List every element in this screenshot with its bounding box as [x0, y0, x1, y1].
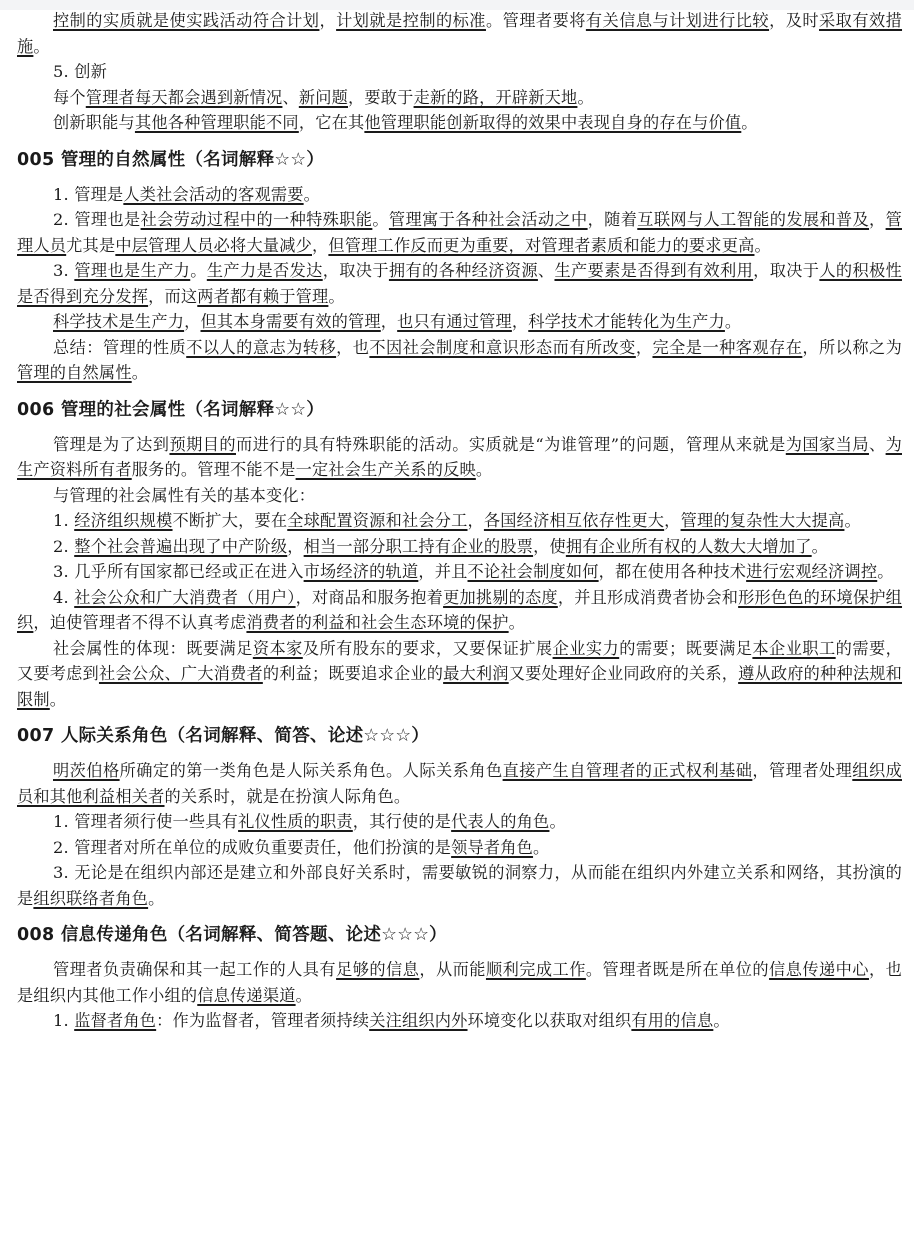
text-run: ，管理者处理	[752, 761, 852, 780]
paragraph: 4. 社会公众和广大消费者（用户），对商品和服务抱着更加挑剔的态度，并且形成消费…	[17, 585, 902, 636]
text-run: 。	[877, 562, 893, 581]
text-run: 。管理者要将	[486, 11, 586, 30]
underlined-key-phrase: 不以人的意志为转移	[186, 338, 336, 357]
text-run: 。	[741, 113, 757, 132]
underlined-key-phrase: 互联网与人工智能的发展和普及	[637, 210, 869, 229]
text-run: 。	[33, 37, 49, 56]
underlined-key-phrase: 有关信息与计划进行比较	[586, 11, 769, 30]
underlined-key-phrase: 领导者角色	[451, 838, 533, 857]
underlined-key-phrase: 关注组织内外	[369, 1011, 467, 1030]
text-run: ，	[664, 511, 680, 530]
text-run: ，	[319, 11, 336, 30]
underlined-key-phrase: 社会劳动过程中的一种特殊职能	[141, 210, 373, 229]
text-run: 3.	[53, 261, 74, 280]
text-run: ，随着	[588, 210, 638, 229]
text-run: 4.	[53, 588, 74, 607]
underlined-key-phrase: 中层管理人员必将大量减少	[115, 236, 312, 255]
underlined-key-phrase: 但其本身需要有效的管理	[201, 312, 381, 331]
text-run: 。	[713, 1011, 729, 1030]
text-run: ，迫使管理者不得不认真考虑	[33, 613, 246, 632]
text-run: ，所以称之为	[802, 338, 902, 357]
text-run: ，	[312, 236, 328, 255]
underlined-key-phrase: 社会公众和广大消费者（用户）	[74, 588, 295, 607]
underlined-key-phrase: 信息传递渠道	[197, 986, 295, 1005]
text-run: 。	[296, 986, 312, 1005]
paragraph: 2. 管理也是社会劳动过程中的一种特殊职能。管理寓于各种社会活动之中，随着互联网…	[17, 207, 902, 258]
underlined-key-phrase: 消费者的利益和社会生态环境的保护	[246, 613, 508, 632]
text-run: ，及时	[769, 11, 819, 30]
underlined-key-phrase: 计划就是控制的标准	[336, 11, 486, 30]
paragraph: 1. 管理者须行使一些具有礼仪性质的职责，其行使的是代表人的角色。	[17, 809, 902, 835]
paragraph: 3. 无论是在组织内部还是建立和外部良好关系时，需要敏锐的洞察力，从而能在组织内…	[17, 860, 902, 911]
underlined-key-phrase: 管理者每天都会遇到新情况	[86, 88, 283, 107]
paragraph: 明茨伯格所确定的第一类角色是人际关系角色。人际关系角色直接产生自管理者的正式权利…	[17, 758, 902, 809]
text-run: 2. 管理也是	[53, 210, 141, 229]
underlined-key-phrase: 预期目的	[169, 435, 236, 454]
underlined-key-phrase: 进行宏观经济调控	[746, 562, 877, 581]
text-run: 2.	[53, 537, 74, 556]
text-run: 。	[372, 210, 389, 229]
text-run: 的关系时，就是在扮演人际角色。	[165, 787, 411, 806]
text-run: 管理是为了达到	[53, 435, 169, 454]
text-run: 不断扩大，要在	[173, 511, 288, 530]
underlined-key-phrase: 但管理工作反而更为重要，对管理者素质和能力的要求更高	[328, 236, 754, 255]
paragraph: 3. 几乎所有国家都已经或正在进入市场经济的轨道，并且不论社会制度如何，都在使用…	[17, 559, 902, 585]
text-run: 。	[725, 312, 741, 331]
underlined-key-phrase: 科学技术才能转化为生产力	[528, 312, 725, 331]
underlined-key-phrase: 直接产生自管理者的正式权利基础	[503, 761, 753, 780]
text-run: ，要敢于	[348, 88, 414, 107]
text-run: 。	[328, 287, 344, 306]
text-run: 。	[304, 185, 320, 204]
text-run: 总结：管理的性质	[53, 338, 186, 357]
underlined-key-phrase: 整个社会普遍出现了中产阶级	[74, 537, 287, 556]
text-run: 服务的。管理不能不是	[132, 460, 296, 479]
text-run: ，	[869, 210, 886, 229]
text-run: 的需要；既要满足	[619, 639, 752, 658]
text-run: 及所有股东的要求，又要保证扩展	[303, 639, 553, 658]
text-run: 。	[754, 236, 770, 255]
text-run: 。管理者既是所在单位的	[586, 960, 769, 979]
underlined-key-phrase: 走新的路，开辟新天地	[414, 88, 578, 107]
text-run: ，	[184, 312, 200, 331]
underlined-key-phrase: 拥有企业所有权的人数大大增加了	[566, 537, 812, 556]
text-run: 。	[476, 460, 492, 479]
paragraph: 2. 管理者对所在单位的成败负重要责任，他们扮演的是领导者角色。	[17, 835, 902, 861]
paragraph: 总结：管理的性质不以人的意志为转移，也不因社会制度和意识形态而有所改变，完全是一…	[17, 335, 902, 386]
text-run: 1. 管理者须行使一些具有	[53, 812, 238, 831]
underlined-key-phrase: 也只有通过管理	[397, 312, 512, 331]
section-heading-007: 007 人际关系角色（名词解释、简答、论述☆☆☆）	[17, 723, 902, 749]
underlined-key-phrase: 顺利完成工作	[486, 960, 586, 979]
text-run: 、	[869, 435, 886, 454]
underlined-key-phrase: 管理的自然属性	[17, 363, 132, 382]
text-run: ，使	[533, 537, 566, 556]
paragraph: 管理者负责确保和其一起工作的人具有足够的信息，从而能顺利完成工作。管理者既是所在…	[17, 957, 902, 1008]
underlined-key-phrase: 礼仪性质的职责	[238, 812, 353, 831]
section-heading-008: 008 信息传递角色（名词解释、简答题、论述☆☆☆）	[17, 922, 902, 948]
underlined-key-phrase: 本企业职工	[752, 639, 835, 658]
paragraph: 与管理的社会属性有关的基本变化：	[17, 483, 902, 509]
text-run: 。	[148, 889, 164, 908]
text-run: ，并且	[418, 562, 467, 581]
text-run: 。	[509, 613, 525, 632]
text-run: 1.	[53, 511, 74, 530]
paragraph: 科学技术是生产力，但其本身需要有效的管理，也只有通过管理，科学技术才能转化为生产…	[17, 309, 902, 335]
text-run: ，也	[336, 338, 369, 357]
text-run: ，它在其	[299, 113, 365, 132]
underlined-key-phrase: 相当一部分职工持有企业的股票	[304, 537, 533, 556]
text-run: ，取决于	[323, 261, 389, 280]
underlined-key-phrase: 足够的信息	[336, 960, 419, 979]
text-run: ，从而能	[419, 960, 486, 979]
underlined-key-phrase: 人类社会活动的客观需要	[123, 185, 303, 204]
underlined-key-phrase: 更加挑剔的态度	[443, 588, 558, 607]
text-run: ，	[636, 338, 653, 357]
text-run: 2. 管理者对所在单位的成败负重要责任，他们扮演的是	[53, 838, 451, 857]
underlined-key-phrase: 其他各种管理职能不同	[135, 113, 299, 132]
text-run: ，都在使用各种技术	[599, 562, 747, 581]
underlined-key-phrase: 拥有的各种经济资源	[389, 261, 538, 280]
text-run: 而进行的具有特殊职能的活动。实质就是“为谁管理”的问题，管理从来就是	[236, 435, 786, 454]
text-run: 创新职能与	[53, 113, 135, 132]
text-run: ，并且形成消费者协会和	[558, 588, 738, 607]
underlined-key-phrase: 全球配置资源和社会分工	[287, 511, 467, 530]
underlined-key-phrase: 代表人的角色	[451, 812, 549, 831]
underlined-key-phrase: 最大利润	[443, 664, 509, 683]
text-run: 。	[50, 690, 66, 709]
text-run: 。	[844, 511, 860, 530]
text-run: 、	[282, 88, 298, 107]
paragraph: 控制的实质就是使实践活动符合计划，计划就是控制的标准。管理者要将有关信息与计划进…	[17, 8, 902, 59]
text-run: 1. 管理是	[53, 185, 123, 204]
underlined-key-phrase: 经济组织规模	[74, 511, 172, 530]
text-run: 3. 几乎所有国家都已经或正在进入	[53, 562, 304, 581]
underlined-key-phrase: 科学技术是生产力	[53, 312, 184, 331]
text-run: 所确定的第一类角色是人际关系角色。人际关系角色	[120, 761, 503, 780]
paragraph: 每个管理者每天都会遇到新情况、新问题，要敢于走新的路，开辟新天地。	[17, 85, 902, 111]
underlined-key-phrase: 完全是一种客观存在	[652, 338, 802, 357]
text-run: ：作为监督者，管理者须持续	[156, 1011, 369, 1030]
underlined-key-phrase: 不论社会制度如何	[468, 562, 599, 581]
section-heading-005: 005 管理的自然属性（名词解释☆☆）	[17, 147, 902, 173]
text-run: ，	[512, 312, 528, 331]
text-run: 。	[132, 363, 148, 382]
text-run: 1.	[53, 1011, 74, 1030]
paragraph: 2. 整个社会普遍出现了中产阶级，相当一部分职工持有企业的股票，使拥有企业所有权…	[17, 534, 902, 560]
underlined-key-phrase: 他管理职能创新取得的效果中表现自身的存在与价值	[364, 113, 741, 132]
text-run: ，对商品和服务抱着	[296, 588, 444, 607]
text-run: ，而这	[148, 287, 197, 306]
underlined-key-phrase: 为国家当局	[786, 435, 869, 454]
paragraph: 1. 经济组织规模不断扩大，要在全球配置资源和社会分工，各国经济相互依存性更大，…	[17, 508, 902, 534]
text-run: ，	[468, 511, 484, 530]
underlined-key-phrase: 新问题	[299, 88, 348, 107]
underlined-key-phrase: 企业实力	[553, 639, 620, 658]
text-run: 5. 创新	[53, 62, 107, 81]
underlined-key-phrase: 各国经济相互依存性更大	[484, 511, 664, 530]
text-run: 。	[577, 88, 593, 107]
underlined-key-phrase: 市场经济的轨道	[304, 562, 419, 581]
text-run: 管理者负责确保和其一起工作的人具有	[53, 960, 336, 979]
underlined-key-phrase: 有用的信息	[631, 1011, 713, 1030]
paragraph: 1. 监督者角色：作为监督者，管理者须持续关注组织内外环境变化以获取对组织有用的…	[17, 1008, 902, 1034]
paragraph: 3. 管理也是生产力。生产力是否发达，取决于拥有的各种经济资源、生产要素是否得到…	[17, 258, 902, 309]
paragraph: 管理是为了达到预期目的而进行的具有特殊职能的活动。实质就是“为谁管理”的问题，管…	[17, 432, 902, 483]
text-run: 社会属性的体现：既要满足	[53, 639, 253, 658]
underlined-key-phrase: 管理寓于各种社会活动之中	[389, 210, 588, 229]
text-run: 每个	[53, 88, 86, 107]
paragraph: 社会属性的体现：既要满足资本家及所有股东的要求，又要保证扩展企业实力的需要；既要…	[17, 636, 902, 713]
underlined-key-phrase: 管理的复杂性大大提高	[681, 511, 845, 530]
underlined-key-phrase: 控制的实质就是使实践活动符合计划	[53, 11, 319, 30]
text-run: ，	[381, 312, 397, 331]
underlined-key-phrase: 监督者角色	[74, 1011, 156, 1030]
text-run: 。	[190, 261, 207, 280]
document-page: 控制的实质就是使实践活动符合计划，计划就是控制的标准。管理者要将有关信息与计划进…	[17, 8, 902, 1034]
underlined-key-phrase: 生产力是否发达	[207, 261, 323, 280]
paragraph: 1. 管理是人类社会活动的客观需要。	[17, 182, 902, 208]
text-run: 环境变化以获取对组织	[468, 1011, 632, 1030]
text-run: 又要处理好企业同政府的关系，	[509, 664, 738, 683]
text-run: ，	[287, 537, 303, 556]
underlined-key-phrase: 一定社会生产关系的反映	[296, 460, 476, 479]
underlined-key-phrase: 明茨伯格	[53, 761, 120, 780]
text-run: 与管理的社会属性有关的基本变化：	[53, 486, 315, 505]
underlined-key-phrase: 管理也是生产力	[74, 261, 190, 280]
underlined-key-phrase: 不因社会制度和意识形态而有所改变	[369, 338, 635, 357]
section-heading-006: 006 管理的社会属性（名词解释☆☆）	[17, 397, 902, 423]
text-run: 尤其是	[66, 236, 115, 255]
text-run: ，取决于	[753, 261, 819, 280]
underlined-key-phrase: 两者都有赖于管理	[197, 287, 328, 306]
text-run: 。	[533, 838, 549, 857]
underlined-key-phrase: 资本家	[253, 639, 303, 658]
underlined-key-phrase: 社会公众、广大消费者	[99, 664, 263, 683]
text-run: 。	[549, 812, 565, 831]
underlined-key-phrase: 生产要素是否得到有效利用	[554, 261, 753, 280]
underlined-key-phrase: 信息传递中心	[769, 960, 869, 979]
underlined-key-phrase: 组织联络者角色	[33, 889, 148, 908]
paragraph: 创新职能与其他各种管理职能不同，它在其他管理职能创新取得的效果中表现自身的存在与…	[17, 110, 902, 136]
text-run: 、	[538, 261, 555, 280]
paragraph: 5. 创新	[17, 59, 902, 85]
text-run: 的利益；既要追求企业的	[263, 664, 443, 683]
text-run: 。	[812, 537, 828, 556]
text-run: ，其行使的是	[353, 812, 451, 831]
